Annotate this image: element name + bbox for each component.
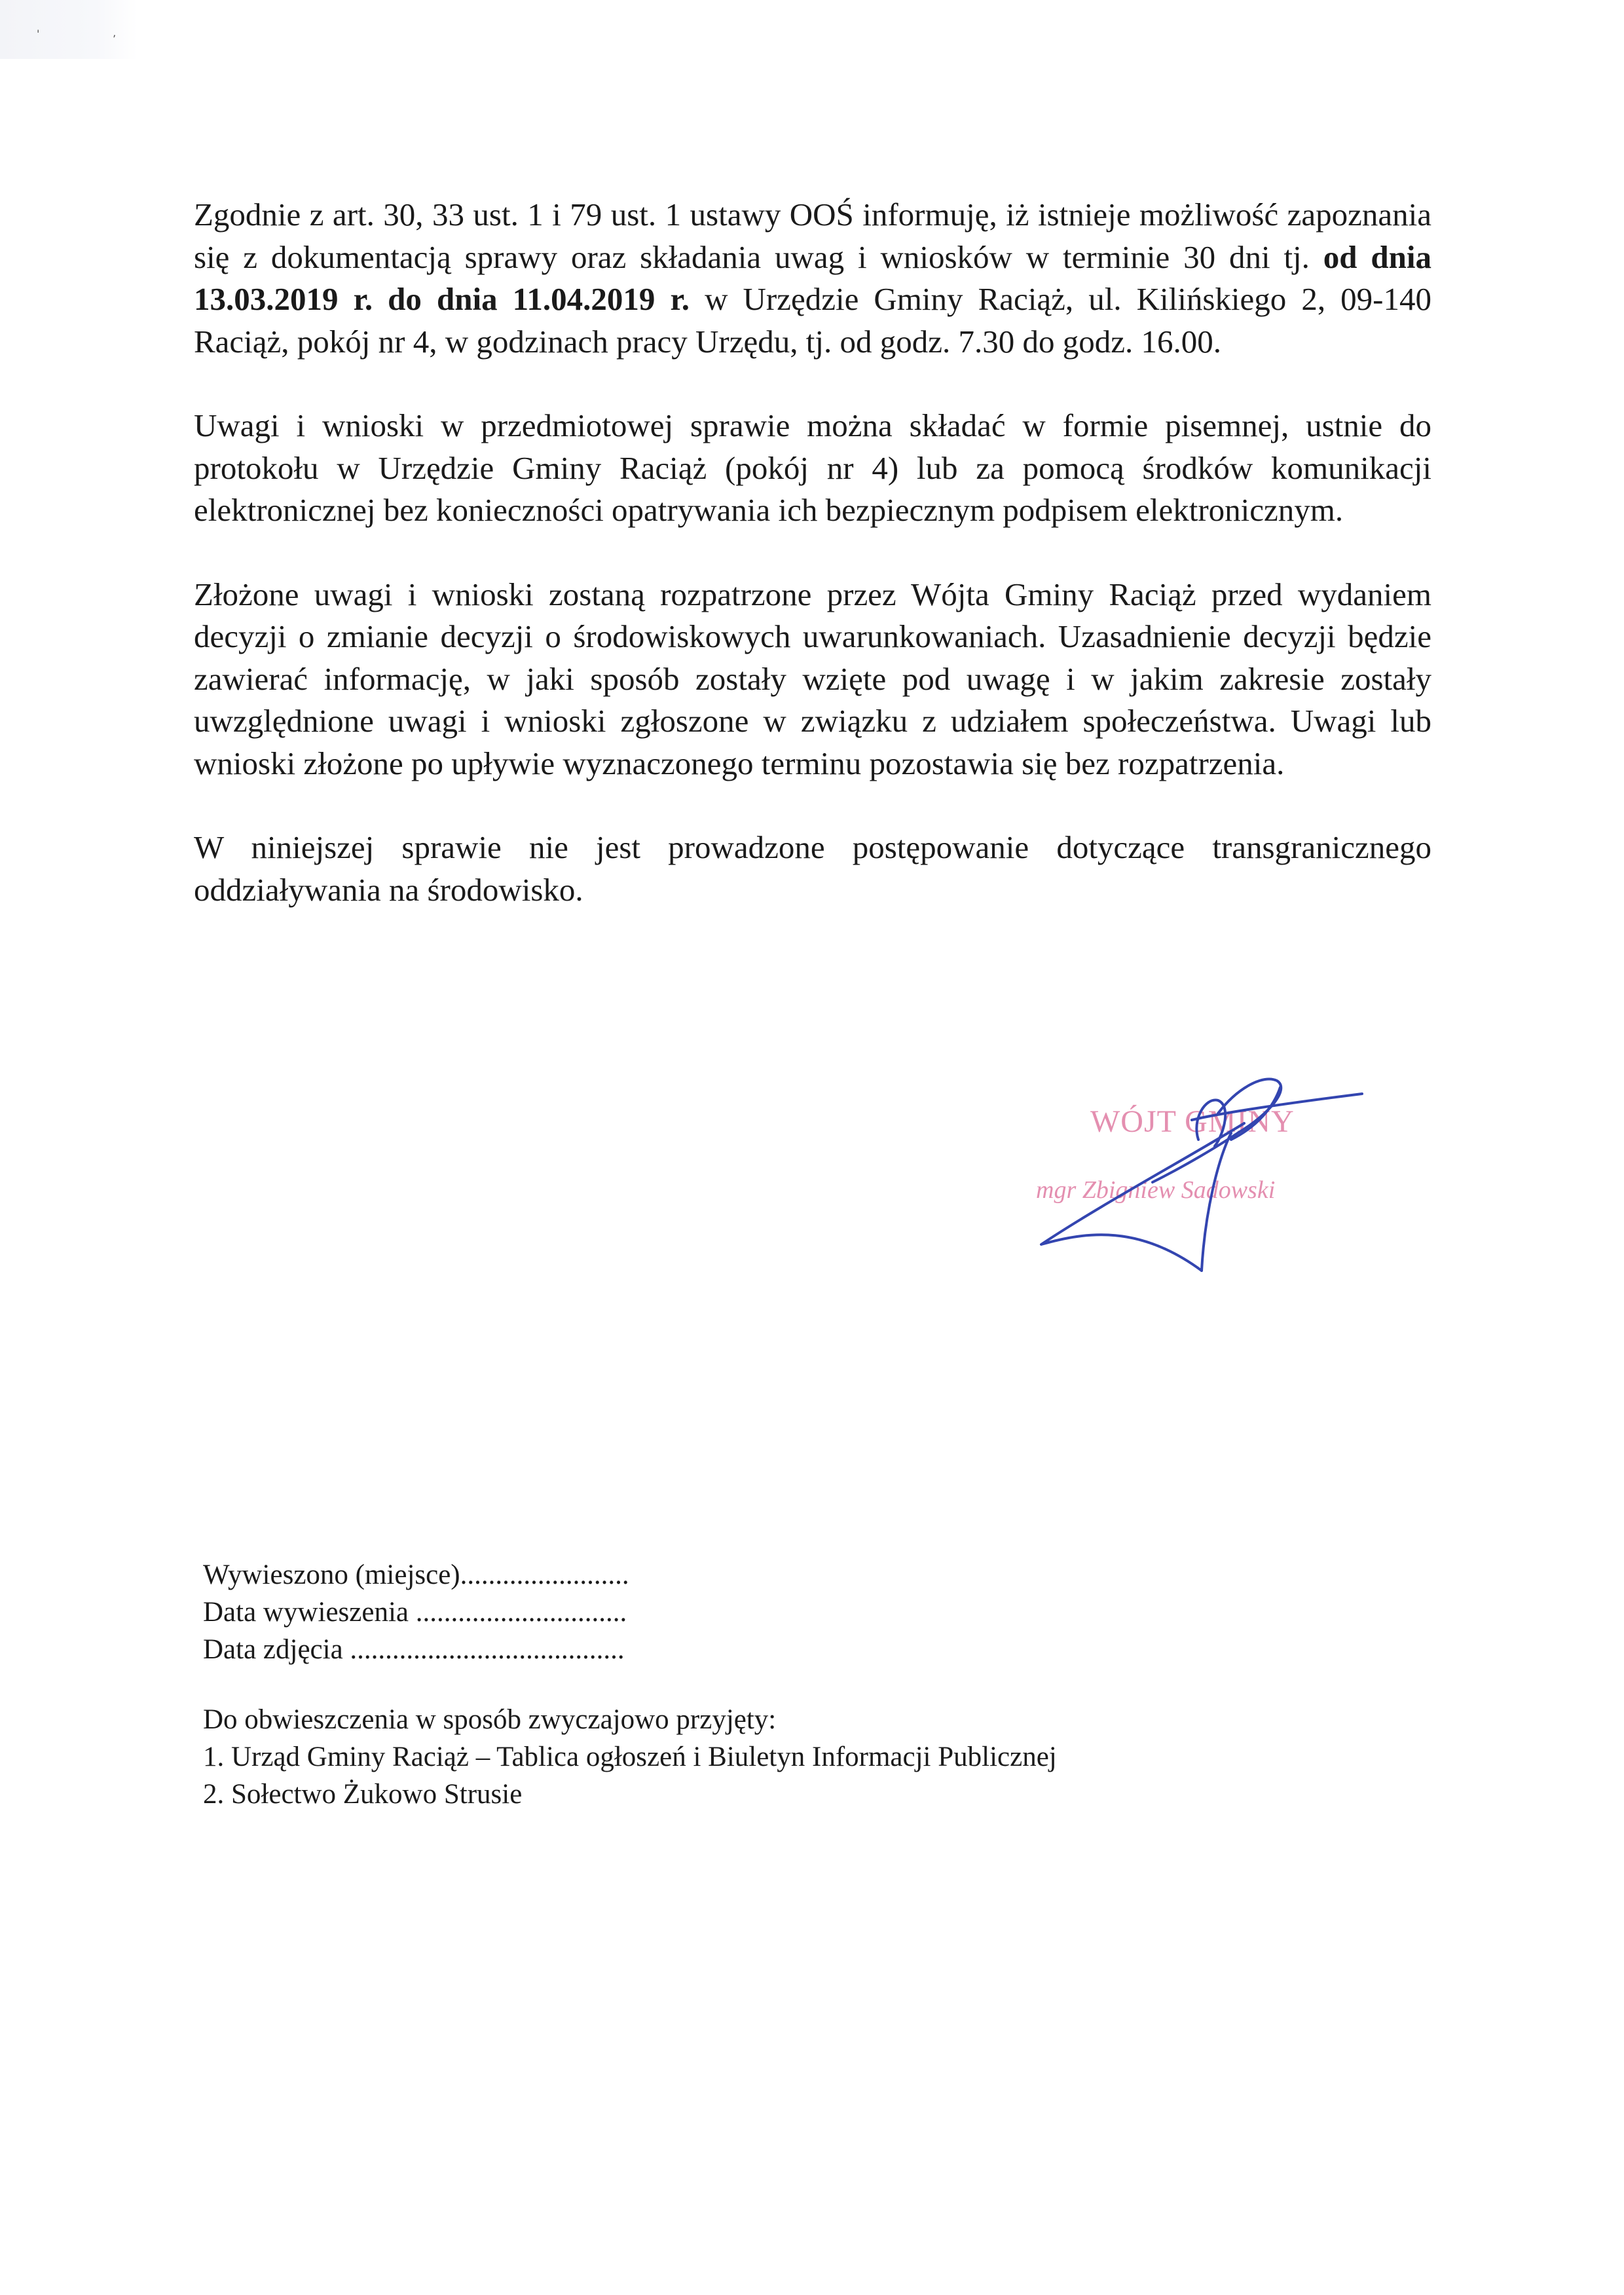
notice-body: Zgodnie z art. 30, 33 ust. 1 i 79 ust. 1… <box>194 194 1431 953</box>
posting-record: Wywieszono (miejsce)....................… <box>203 1556 1057 1813</box>
paragraph-submission-methods: Uwagi i wnioski w przedmiotowej sprawie … <box>194 405 1431 532</box>
paragraph-transboundary: W niniejszej sprawie nie jest prowadzone… <box>194 827 1431 911</box>
signature-block: WÓJT GMINY mgr Zbigniew Sadowski <box>1022 1048 1388 1284</box>
paragraph-review-process: Złożone uwagi i wnioski zostaną rozpatrz… <box>194 574 1431 785</box>
removed-date-field: Data zdjęcia ...........................… <box>203 1631 1057 1668</box>
scan-mark: ’ <box>113 33 116 45</box>
distribution-heading: Do obwieszczenia w sposób zwyczajowo prz… <box>203 1701 1057 1738</box>
distribution-item: 1. Urząd Gminy Raciąż – Tablica ogłoszeń… <box>203 1738 1057 1776</box>
scan-mark: ' <box>37 28 39 40</box>
paragraph-consultation-period: Zgodnie z art. 30, 33 ust. 1 i 79 ust. 1… <box>194 194 1431 363</box>
posted-place-field: Wywieszono (miejsce)....................… <box>203 1556 1057 1594</box>
scan-edge-shadow <box>0 0 138 59</box>
posted-date-field: Data wywieszenia .......................… <box>203 1594 1057 1631</box>
distribution-item: 2. Sołectwo Żukowo Strusie <box>203 1776 1057 1813</box>
paragraph-text: Zgodnie z art. 30, 33 ust. 1 i 79 ust. 1… <box>194 196 1431 275</box>
handwritten-signature-icon <box>1022 1048 1388 1284</box>
